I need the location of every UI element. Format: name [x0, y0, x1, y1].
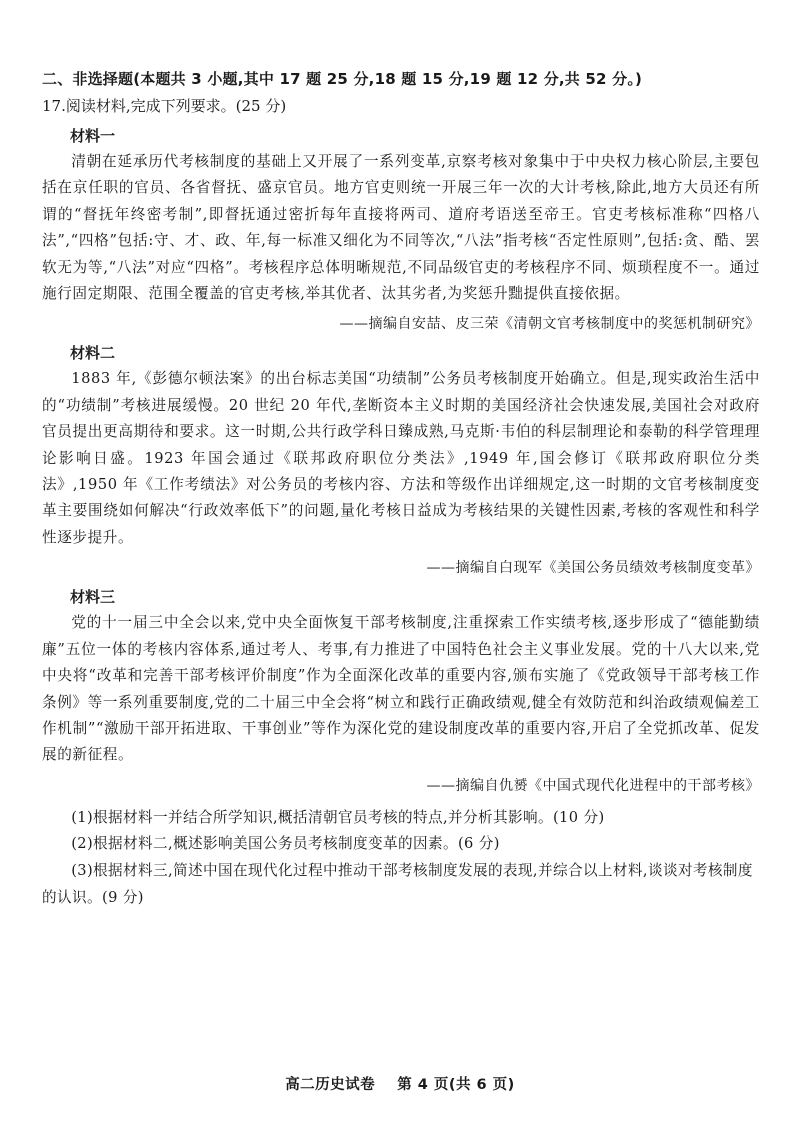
material-3: 材料三 党的十一届三中全会以来,党中央全面恢复干部考核制度,注重探索工作实绩考核…	[42, 584, 760, 798]
material-text: 党的十一届三中全会以来,党中央全面恢复干部考核制度,注重探索工作实绩考核,逐步形…	[42, 610, 760, 768]
question-stem: 17.阅读材料,完成下列要求。(25 分)	[42, 92, 760, 120]
material-text: 1883 年,《彭德尔顿法案》的出台标志美国“功绩制”公务员考核制度开始确立。但…	[42, 366, 760, 551]
exam-name: 高二历史试卷	[285, 1077, 375, 1093]
page-number: 第 4 页(共 6 页)	[397, 1077, 515, 1093]
material-title: 材料三	[70, 584, 760, 610]
material-source: ——摘编自白现军《美国公务员绩效考核制度变革》	[42, 555, 760, 581]
sub-questions: (1)根据材料一并结合所学知识,概括清朝官员考核的特点,并分析其影响。(10 分…	[42, 805, 760, 911]
sub-question-2: (2)根据材料二,概述影响美国公务员考核制度变革的因素。(6 分)	[42, 831, 760, 858]
section-title: 二、非选择题(本题共 3 小题,其中 17 题 25 分,18 题 15 分,1…	[42, 66, 760, 92]
material-title: 材料一	[70, 123, 760, 149]
material-1: 材料一 清朝在延承历代考核制度的基础上又开展了一系列变革,京察考核对象集中于中央…	[42, 123, 760, 337]
material-source: ——摘编自安喆、皮三荣《清朝文官考核制度中的奖惩机制研究》	[42, 311, 760, 337]
material-text: 清朝在延承历代考核制度的基础上又开展了一系列变革,京察考核对象集中于中央权力核心…	[42, 149, 760, 307]
material-2: 材料二 1883 年,《彭德尔顿法案》的出台标志美国“功绩制”公务员考核制度开始…	[42, 340, 760, 581]
page-footer: 高二历史试卷第 4 页(共 6 页)	[0, 1073, 800, 1094]
sub-question-1: (1)根据材料一并结合所学知识,概括清朝官员考核的特点,并分析其影响。(10 分…	[42, 805, 760, 832]
material-title: 材料二	[70, 340, 760, 366]
sub-question-3: (3)根据材料三,简述中国在现代化过程中推动干部考核制度发展的表现,并综合以上材…	[42, 858, 760, 911]
material-source: ——摘编自仇赟《中国式现代化进程中的干部考核》	[42, 773, 760, 799]
exam-page: 二、非选择题(本题共 3 小题,其中 17 题 25 分,18 题 15 分,1…	[42, 66, 760, 911]
